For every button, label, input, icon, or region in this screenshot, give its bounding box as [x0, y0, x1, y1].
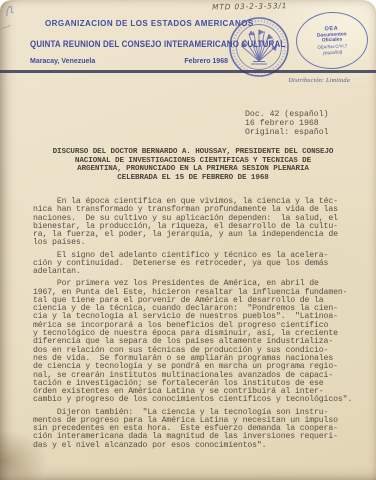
letterhead-location-date: Maracay, Venezuela Febrero 1968	[30, 58, 228, 65]
stamp-language: (español)	[323, 49, 342, 56]
handwritten-archive-code: MTD 03-2-3-53/1	[212, 0, 372, 12]
document-body: En la época científica en que vivimos, l…	[33, 198, 373, 454]
distribution-note: Distribución: Limitada	[288, 77, 350, 84]
document-title: DISCURSO DEL DOCTOR BERNARDO A. HOUSSAY,…	[28, 148, 358, 183]
meeting-location: Maracay, Venezuela	[30, 58, 95, 65]
pencil-mark-icon	[0, 23, 12, 33]
body-paragraph-1: En la época científica en que vivimos, l…	[33, 198, 373, 248]
organization-name: ORGANIZACION DE LOS ESTADOS AMERICANOS	[45, 19, 254, 28]
document-info-block: Doc. 42 (español) 16 febrero 1968 Origin…	[245, 111, 329, 137]
meeting-date: Febrero 1968	[184, 58, 228, 65]
oea-documents-stamp: OEA Documentos Oficiales OEA/Ser.C/VI.7 …	[295, 10, 370, 71]
body-paragraph-2: El signo del adelanto científico y técni…	[33, 252, 373, 277]
letterhead-divider	[0, 70, 376, 73]
body-paragraph-3: Por primera vez los Presidentes de Améri…	[33, 280, 373, 404]
body-paragraph-4: Dijeron también: "La ciencia y la tecnol…	[33, 409, 373, 450]
document-page: MTD 03-2-3-53/1 ORGANIZACION DE LOS ESTA…	[0, 0, 376, 480]
pen-squiggle-icon	[4, 3, 18, 20]
